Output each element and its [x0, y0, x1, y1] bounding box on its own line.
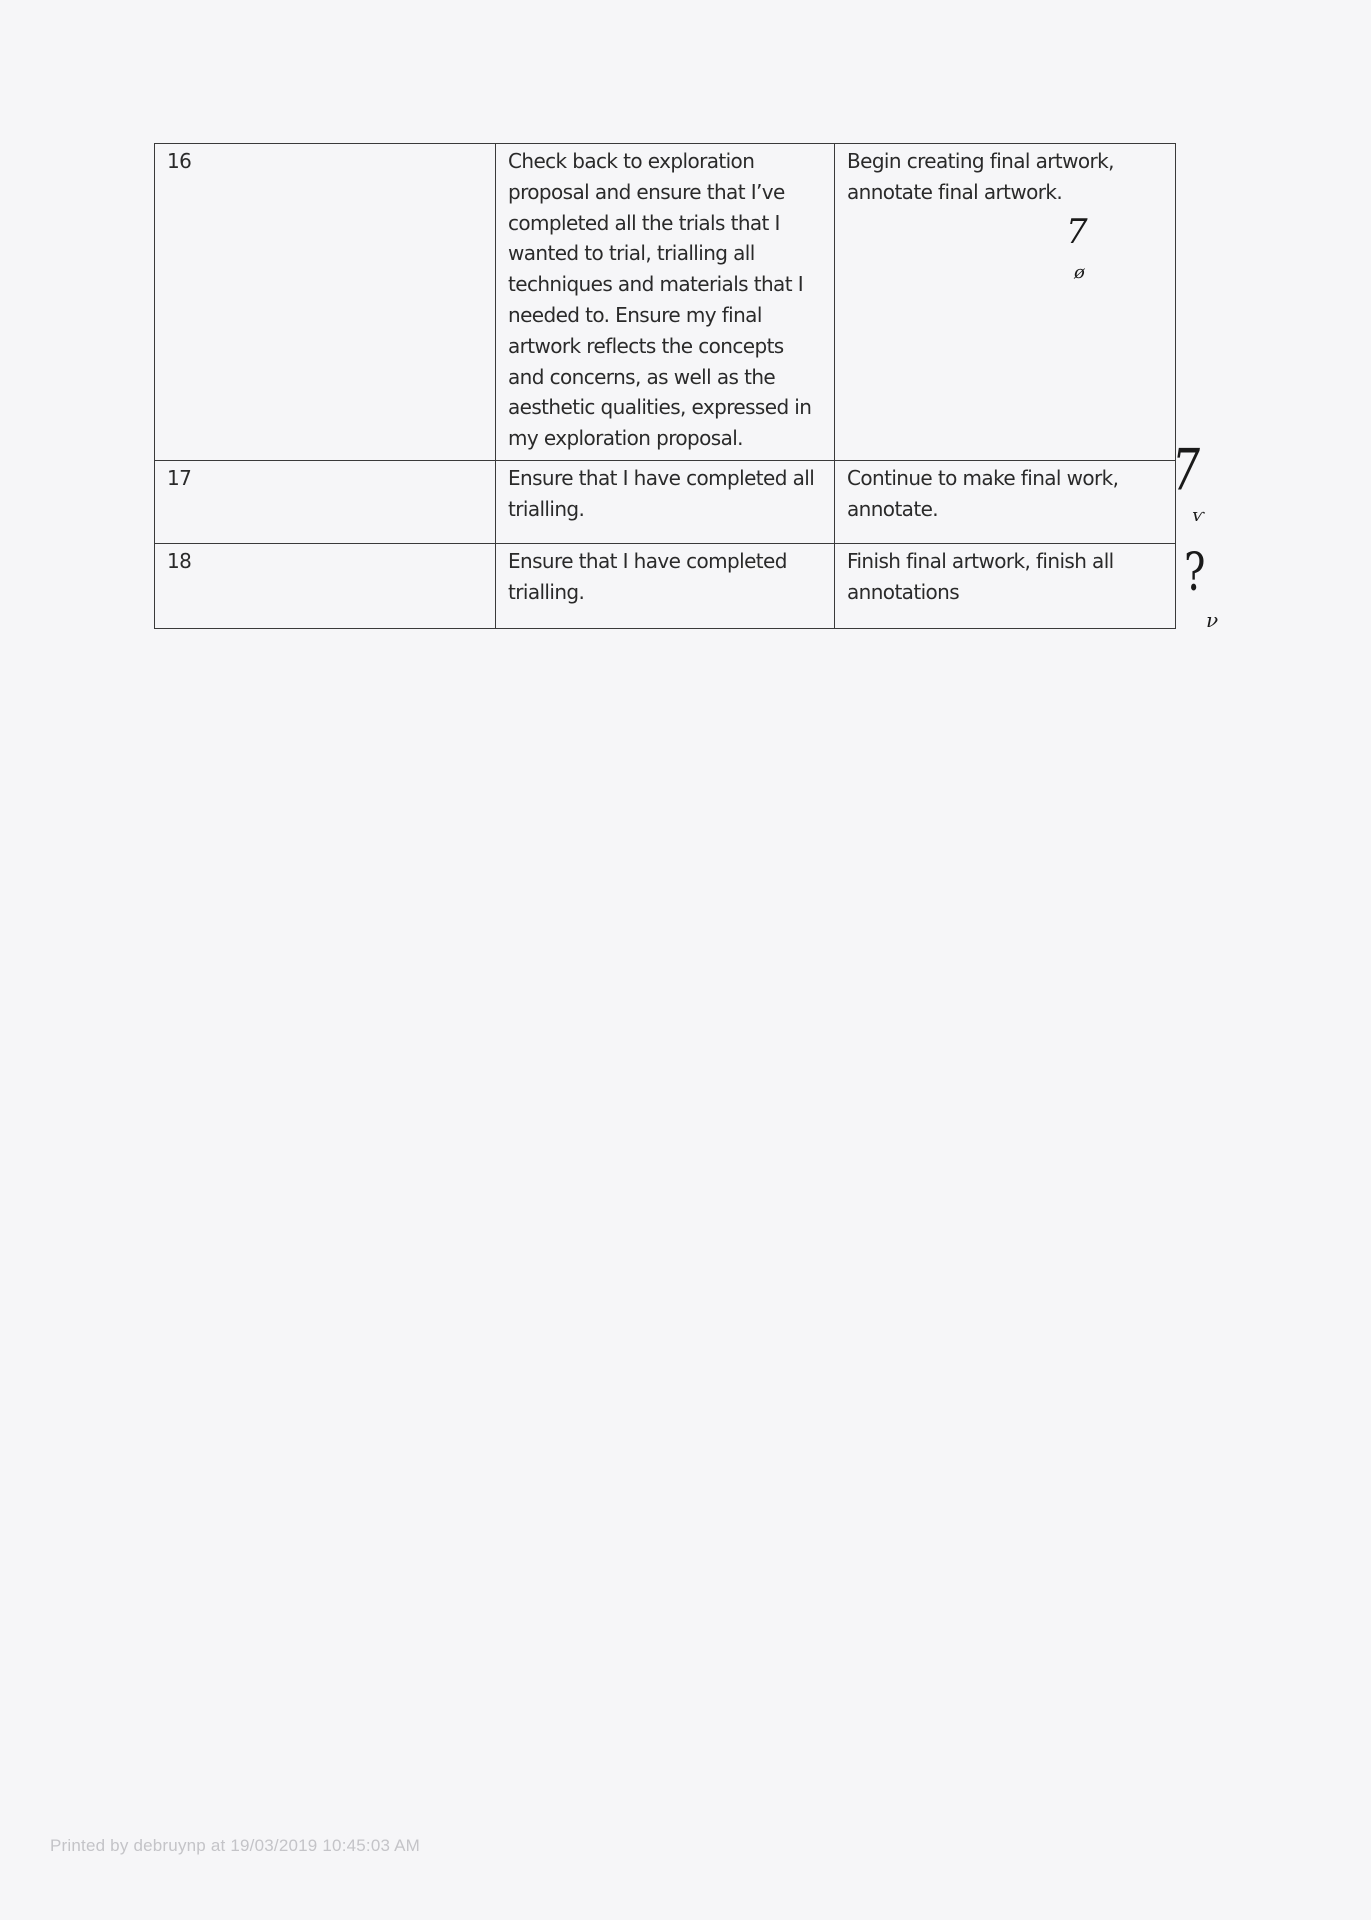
table-row: 16 Check back to exploration proposal an…	[155, 144, 1176, 461]
table-row: 17 Ensure that I have completed all tria…	[155, 460, 1176, 543]
learning-cell: Ensure that I have completed trialling.	[496, 543, 835, 628]
table-row: 18 Ensure that I have completed triallin…	[155, 543, 1176, 628]
week-cell: 17	[155, 460, 496, 543]
handwritten-mark: ø	[1074, 262, 1085, 283]
handwritten-mark: 7	[1172, 437, 1200, 503]
learning-cell: Ensure that I have completed all trialli…	[496, 460, 835, 543]
task-cell: Begin creating final artwork, annotate f…	[835, 144, 1176, 461]
week-cell: 16	[155, 144, 496, 461]
task-cell: Finish final artwork, finish all annotat…	[835, 543, 1176, 628]
week-cell: 18	[155, 543, 496, 628]
planning-table: 16 Check back to exploration proposal an…	[154, 143, 1176, 629]
learning-cell: Check back to exploration proposal and e…	[496, 144, 835, 461]
handwritten-mark: 7	[1066, 212, 1088, 252]
handwritten-mark: ѵ	[1192, 505, 1204, 526]
print-footer: Printed by debruynp at 19/03/2019 10:45:…	[50, 1836, 420, 1856]
handwritten-mark: ?	[1184, 543, 1205, 603]
task-cell: Continue to make final work, annotate.	[835, 460, 1176, 543]
handwritten-mark: ν	[1206, 608, 1218, 632]
